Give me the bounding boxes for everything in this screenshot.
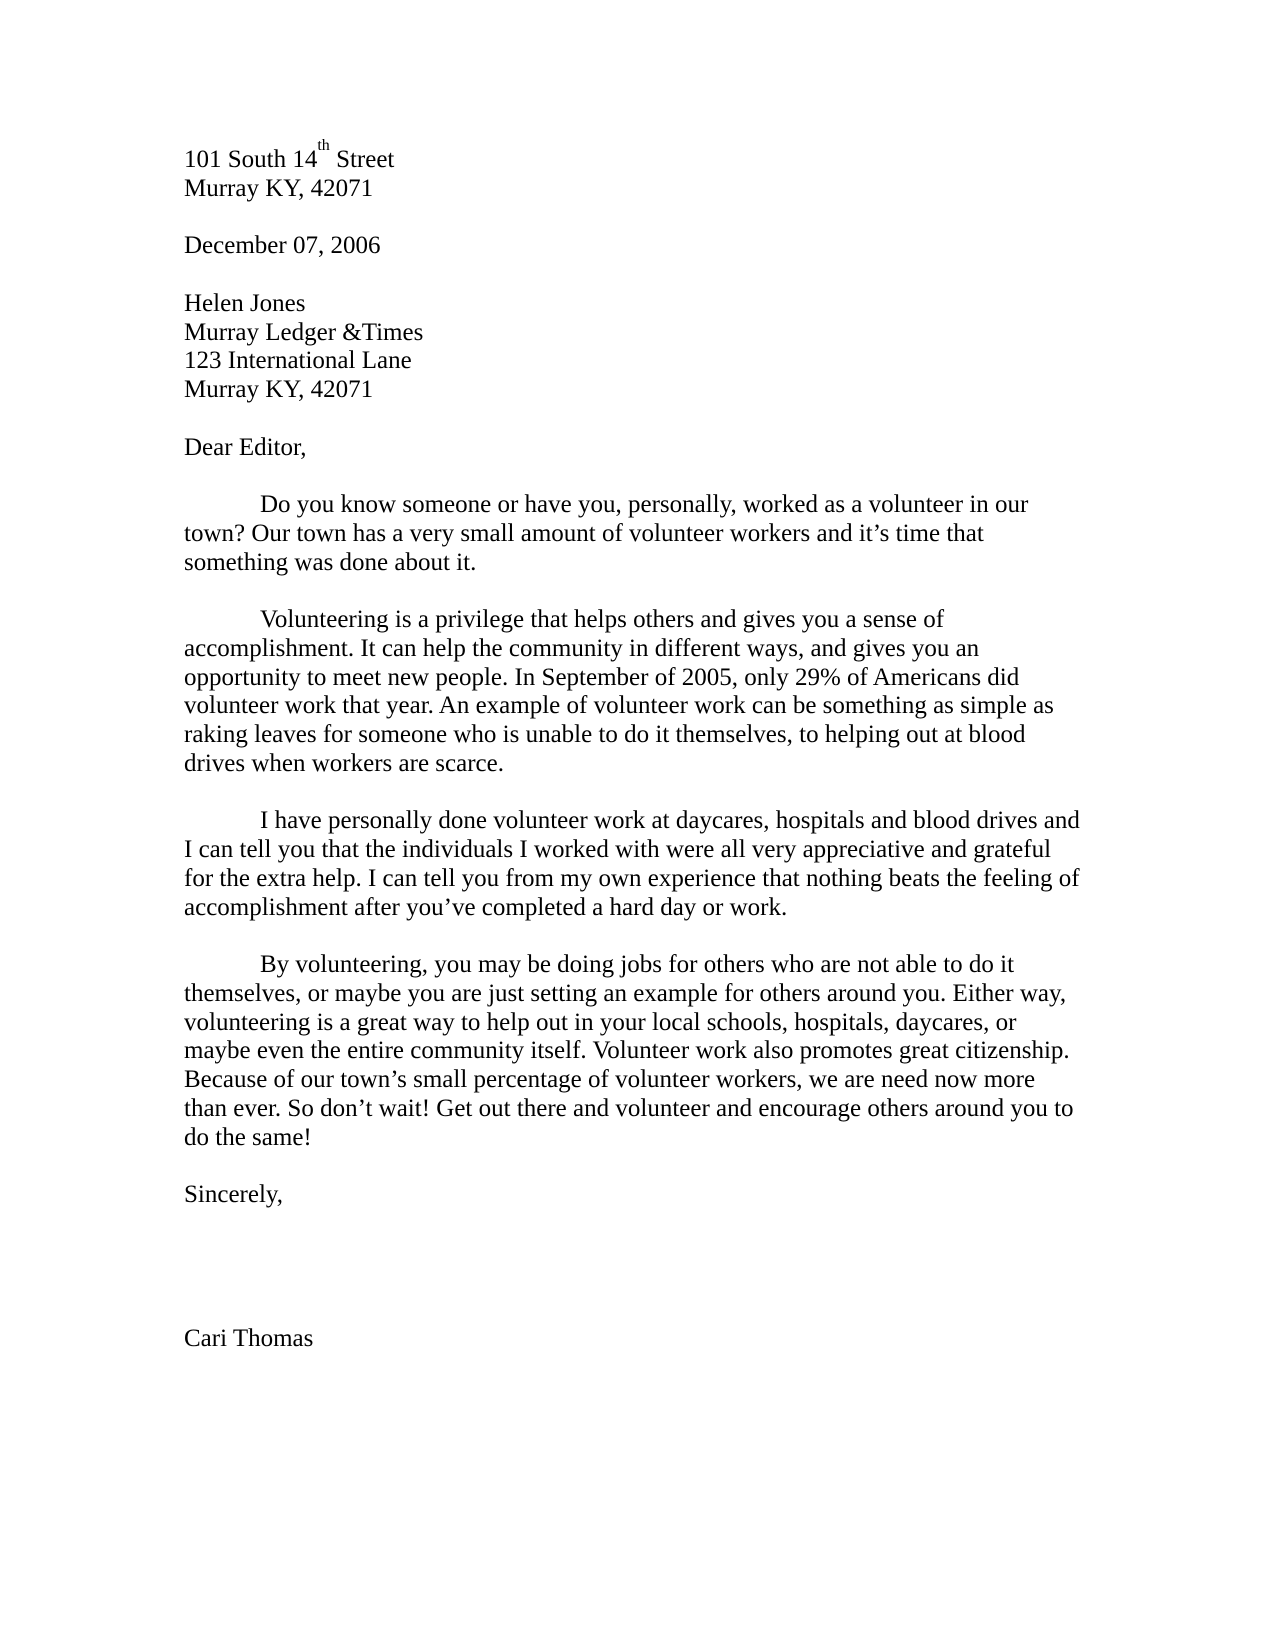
text-line: accomplishment after you’ve completed a … <box>184 894 1114 923</box>
text-line: I can tell you that the individuals I wo… <box>184 836 1114 865</box>
signature-name: Cari Thomas <box>184 1325 1114 1354</box>
paragraph-3: I have personally done volunteer work at… <box>184 807 1114 922</box>
text-line: Volunteering is a privilege that helps o… <box>184 606 1114 635</box>
letter-body: 101 South 14th Street Murray KY, 42071 D… <box>184 146 1114 1354</box>
text-line: Murray Ledger &Times <box>184 319 1114 348</box>
text-line: for the extra help. I can tell you from … <box>184 865 1114 894</box>
sender-street-text: 101 South 14 <box>184 146 317 173</box>
paragraph-4: By volunteering, you may be doing jobs f… <box>184 951 1114 1152</box>
sender-city-line: Murray KY, 42071 <box>184 175 1114 204</box>
text-line: I have personally done volunteer work at… <box>184 807 1114 836</box>
text-line: volunteer work that year. An example of … <box>184 692 1114 721</box>
text-line: Do you know someone or have you, persona… <box>184 491 1114 520</box>
closing: Sincerely, <box>184 1181 1114 1210</box>
text-line: volunteering is a great way to help out … <box>184 1009 1114 1038</box>
paragraph-2: Volunteering is a privilege that helps o… <box>184 606 1114 779</box>
text-line: raking leaves for someone who is unable … <box>184 721 1114 750</box>
text-line: Because of our town’s small percentage o… <box>184 1066 1114 1095</box>
text-line: Murray KY, 42071 <box>184 376 1114 405</box>
text-line: Helen Jones <box>184 290 1114 319</box>
text-line: themselves, or maybe you are just settin… <box>184 980 1114 1009</box>
sender-street-suffix: Street <box>330 146 395 173</box>
letter-date: December 07, 2006 <box>184 232 1114 261</box>
paragraph-1: Do you know someone or have you, persona… <box>184 491 1114 577</box>
text-line: drives when workers are scarce. <box>184 750 1114 779</box>
ordinal-superscript: th <box>317 137 329 154</box>
text-line: town? Our town has a very small amount o… <box>184 520 1114 549</box>
text-line: accomplishment. It can help the communit… <box>184 635 1114 664</box>
sender-street-line: 101 South 14th Street <box>184 146 1114 175</box>
text-line: 123 International Lane <box>184 347 1114 376</box>
text-line: do the same! <box>184 1124 1114 1153</box>
text-line: maybe even the entire community itself. … <box>184 1037 1114 1066</box>
sender-address: 101 South 14th Street Murray KY, 42071 <box>184 146 1114 204</box>
recipient-address: Helen JonesMurray Ledger &Times123 Inter… <box>184 290 1114 405</box>
text-line: something was done about it. <box>184 549 1114 578</box>
text-line: By volunteering, you may be doing jobs f… <box>184 951 1114 980</box>
text-line: opportunity to meet new people. In Septe… <box>184 664 1114 693</box>
salutation: Dear Editor, <box>184 434 1114 463</box>
text-line: than ever. So don’t wait! Get out there … <box>184 1095 1114 1124</box>
letter-page: 101 South 14th Street Murray KY, 42071 D… <box>0 0 1275 1650</box>
